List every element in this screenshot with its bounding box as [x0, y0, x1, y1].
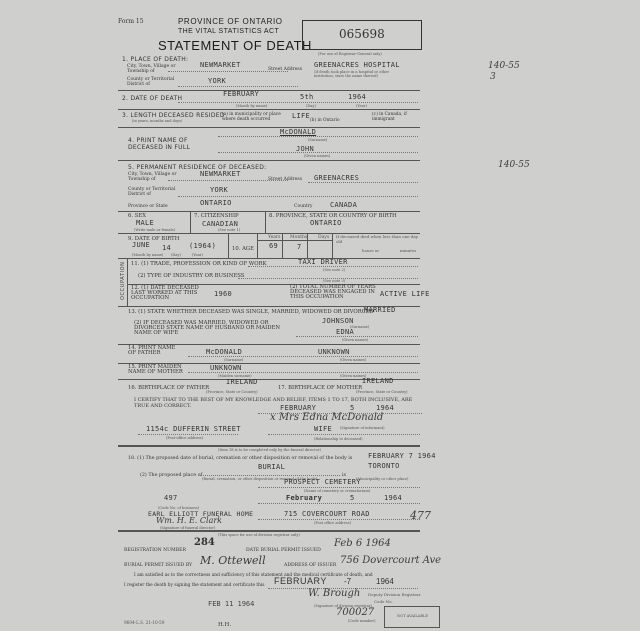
registration-month: FEBRUARY	[274, 576, 327, 586]
informant-address: 1154c DUFFERIN STREET	[146, 425, 241, 433]
length-a-value: LIFE	[292, 112, 310, 120]
informant-relationship: WIFE	[314, 425, 332, 433]
marital-status-value: MARRIED	[364, 306, 396, 314]
marital-status-label: 13. (1) STATE WHETHER DECEASED WAS SINGL…	[128, 309, 374, 315]
burial-type: BURIAL	[258, 463, 285, 471]
mother-name-label: 15. PRINT MAIDEN NAME OF MOTHER	[128, 365, 198, 375]
trade-label: 11. (1) TRADE, PROFESSION OR KIND OF WOR…	[131, 261, 267, 267]
deceased-surname: McDONALD	[280, 128, 316, 136]
length-c-label: (c) in Canada, if immigrant	[372, 112, 420, 122]
residence-label: 5. PERMANENT RESIDENCE OF DECEASED:	[128, 164, 266, 171]
date-of-death-month: FEBRUARY	[223, 90, 259, 98]
spouse-label: (2) IF DECEASED WAS MARRIED, WIDOWED OR …	[134, 321, 284, 336]
issuer-address-label: ADDRESS OF ISSUER	[284, 563, 336, 568]
footer-initials: H.H.	[218, 622, 231, 628]
handwritten-ref-2: 140-55	[498, 160, 530, 170]
residence-country-label: Country	[294, 204, 312, 209]
age-years-value: 69	[269, 242, 278, 250]
handwritten-num-1: 3	[490, 72, 496, 82]
dob-day: 14	[162, 244, 171, 252]
caption: (See note 3)	[323, 279, 345, 283]
citizenship-label: 7. CITIZENSHIP	[194, 213, 239, 219]
place-city-value: NEWMARKET	[200, 61, 241, 69]
burial-date-label: 18. (1) The proposed date of burial, cre…	[128, 456, 352, 461]
minutes-label: minutes	[400, 248, 416, 253]
father-birthplace-label: 16. BIRTHPLACE OF FATHER	[128, 385, 209, 391]
handwritten-ref-1: 140-55	[488, 61, 520, 71]
caption: (Given names)	[342, 338, 368, 342]
caption: (Name of cemetery or crematorium)	[304, 489, 370, 493]
caption: (Province, State or Country)	[356, 390, 408, 394]
age-months-value: 7	[297, 243, 302, 251]
deceased-name-label: 4. PRINT NAME OF DECEASED IN FULL	[128, 137, 208, 151]
sex-value: MALE	[136, 219, 154, 227]
registration-box-number: 065698	[339, 27, 385, 41]
infant-note: If deceased died when less than one day …	[336, 235, 420, 244]
place-street-value: GREENACRES HOSPITAL	[314, 61, 400, 69]
industry-label: (2) TYPE OF INDUSTRY OR BUSINESS	[138, 273, 244, 279]
caption: (Municipality or other place)	[356, 477, 408, 481]
date-of-death-label: 2. DATE OF DEATH	[122, 95, 182, 102]
residence-street-value: GREENACRES	[314, 174, 359, 182]
last-worked-label: 12. (1) DATE DECEASED LAST WORKED AT THI…	[131, 286, 201, 301]
cert-day: 5	[350, 404, 355, 412]
length-resided-label: 3. LENGTH DECEASED RESIDED	[122, 112, 225, 119]
years-engaged-value: ACTIVE LIFE	[380, 290, 430, 298]
caption: (in years, months and days)	[132, 119, 182, 123]
father-birthplace-value: IRELAND	[226, 378, 258, 386]
code-no-label: Code No.	[374, 599, 393, 604]
caption: (See note 2)	[323, 268, 345, 272]
place-street-label: Street Address	[268, 67, 302, 72]
statement-of-death-document: Form 15 PROVINCE OF ONTARIO THE VITAL ST…	[118, 14, 596, 626]
caption: (See note 1)	[218, 228, 240, 232]
registration-box: 065698	[302, 20, 422, 50]
caption: (Month by name)	[132, 253, 163, 257]
burial-date-value: FEBRUARY 7 1964	[368, 452, 436, 460]
registration-number-label: REGISTRATION NUMBER	[124, 548, 186, 553]
form-number: Form 15	[118, 18, 144, 25]
residence-country-value: CANADA	[330, 201, 357, 209]
funeral-home-address: 715 COVERCOURT ROAD	[284, 510, 370, 518]
director-date-month: February	[286, 494, 322, 502]
date-of-death-day: 5th	[300, 93, 314, 101]
permit-issuer-signature: M. Ottewell	[200, 554, 266, 567]
caption: (Day)	[306, 104, 316, 108]
caption: (Signature of informant)	[340, 426, 385, 430]
caption: (Year)	[356, 104, 367, 108]
act-heading: THE VITAL STATISTICS ACT	[178, 28, 279, 35]
registrar-note: (This space for use of division registra…	[218, 533, 300, 537]
place-county-value: YORK	[208, 77, 226, 85]
director-date-day: 5	[350, 494, 355, 502]
father-surname: McDONALD	[206, 348, 242, 356]
dob-year: (1964)	[189, 242, 216, 250]
burial-place-label: (2) The proposed place of	[140, 473, 202, 478]
cert-year: 1964	[376, 404, 394, 412]
business-code: 497	[164, 494, 178, 502]
spouse-given: EDNA	[336, 328, 354, 336]
satisfied-text: I am satisfied as to the correctness and…	[134, 573, 373, 578]
residence-city-value: NEWMARKET	[200, 170, 241, 178]
caption: (Given names)	[304, 154, 330, 158]
cert-month: FEBRUARY	[280, 404, 316, 412]
deputy-registrar-label: Deputy Division Registrar	[368, 592, 421, 597]
residence-province-value: ONTARIO	[200, 199, 232, 207]
caption: (Relationship to deceased)	[314, 437, 362, 441]
place-of-death-label: 1. PLACE OF DEATH:	[122, 56, 188, 63]
caption: (Post office address)	[314, 521, 351, 525]
caption: (Province, State or Country)	[206, 390, 258, 394]
permit-date-label: DATE BURIAL PERMIT ISSUED	[246, 548, 321, 553]
caption: (Post-office address)	[166, 436, 203, 440]
caption: (Write male or female)	[134, 228, 175, 232]
father-name-label: 14. PRINT NAME OF FATHER	[128, 346, 178, 356]
registrar-signature: W. Brough	[308, 588, 360, 599]
age-label: 10. AGE	[232, 246, 254, 252]
received-date-stamp: FEB 11 1964	[208, 600, 254, 608]
burial-municipality: TORONTO	[368, 462, 400, 470]
registration-day: -7	[344, 577, 351, 586]
date-of-death-year: 1964	[348, 93, 366, 101]
caption: (Given names)	[340, 358, 366, 362]
cemetery-name: PROSPECT CEMETERY	[284, 478, 361, 486]
official-stamp: NOT AVAILABLE	[384, 606, 440, 628]
caption: (Code number)	[348, 619, 375, 623]
trade-value: TAXI DRIVER	[298, 258, 348, 266]
stamp-text: NOT AVAILABLE	[397, 614, 428, 618]
registration-year: 1964	[376, 577, 394, 586]
residence-county-value: YORK	[210, 186, 228, 194]
citizenship-value: CANADIAN	[202, 220, 238, 228]
residence-street-label: Street Address	[268, 177, 302, 182]
place-street-note: (If death took place in a hospital or ot…	[314, 70, 406, 78]
issuer-address-value: 756 Dovercourt Ave	[340, 555, 441, 566]
years-engaged-label: (2) TOTAL NUMBER OF YEARS DECEASED WAS E…	[290, 285, 380, 300]
funeral-director-signature: Wm. H. E. Clark	[156, 516, 222, 525]
permit-date-value: Feb 6 1964	[334, 538, 391, 549]
mother-birthplace-label: 17. BIRTHPLACE OF MOTHER	[278, 385, 362, 391]
caption: (Year)	[192, 253, 203, 257]
handwritten-num-3: 477	[410, 509, 431, 522]
place-city-label: City, Town, Village or Township of	[127, 64, 185, 74]
permit-issued-by-label: BURIAL PERMIT ISSUED BY	[124, 563, 192, 568]
residence-province-label: Province or State	[128, 204, 168, 209]
register-text: I register the death by signing the stat…	[124, 583, 264, 588]
birthplace-value: ONTARIO	[310, 219, 342, 227]
registration-number-value: 284	[194, 537, 215, 548]
registrar-code-number: 700027	[336, 607, 374, 618]
scanned-page: Form 15 PROVINCE OF ONTARIO THE VITAL ST…	[0, 0, 640, 631]
caption: (Surname)	[224, 358, 243, 362]
father-given: UNKNOWN	[318, 348, 350, 356]
registration-box-caption: (For use of Registrar-General only)	[318, 52, 382, 56]
form-code: 9604-L.S. 21-10-59	[124, 620, 164, 625]
caption: (Surname)	[308, 138, 327, 142]
caption: (Month by name)	[236, 104, 267, 108]
caption: (Day)	[171, 253, 181, 257]
page-title: STATEMENT OF DEATH	[158, 38, 312, 53]
dob-month: JUNE	[132, 241, 150, 249]
hours-label: hours or	[362, 248, 379, 253]
burial-note: (Item 18 is to be completed only by the …	[218, 448, 321, 452]
occupation-side-label: OCCUPATION	[120, 261, 126, 300]
spouse-surname: JOHNSON	[322, 317, 354, 325]
director-date-year: 1964	[384, 494, 402, 502]
informant-signature: x Mrs Edna McDonald	[270, 412, 383, 423]
length-b-label: (b) in Ontario	[310, 118, 340, 123]
mother-birthplace-value: IRELAND	[362, 377, 394, 385]
mother-surname: UNKNOWN	[210, 364, 242, 372]
province-heading: PROVINCE OF ONTARIO	[178, 17, 283, 26]
last-worked-value: 1960	[214, 290, 232, 298]
length-a-label: (a) in municipality or place where death…	[222, 112, 286, 122]
